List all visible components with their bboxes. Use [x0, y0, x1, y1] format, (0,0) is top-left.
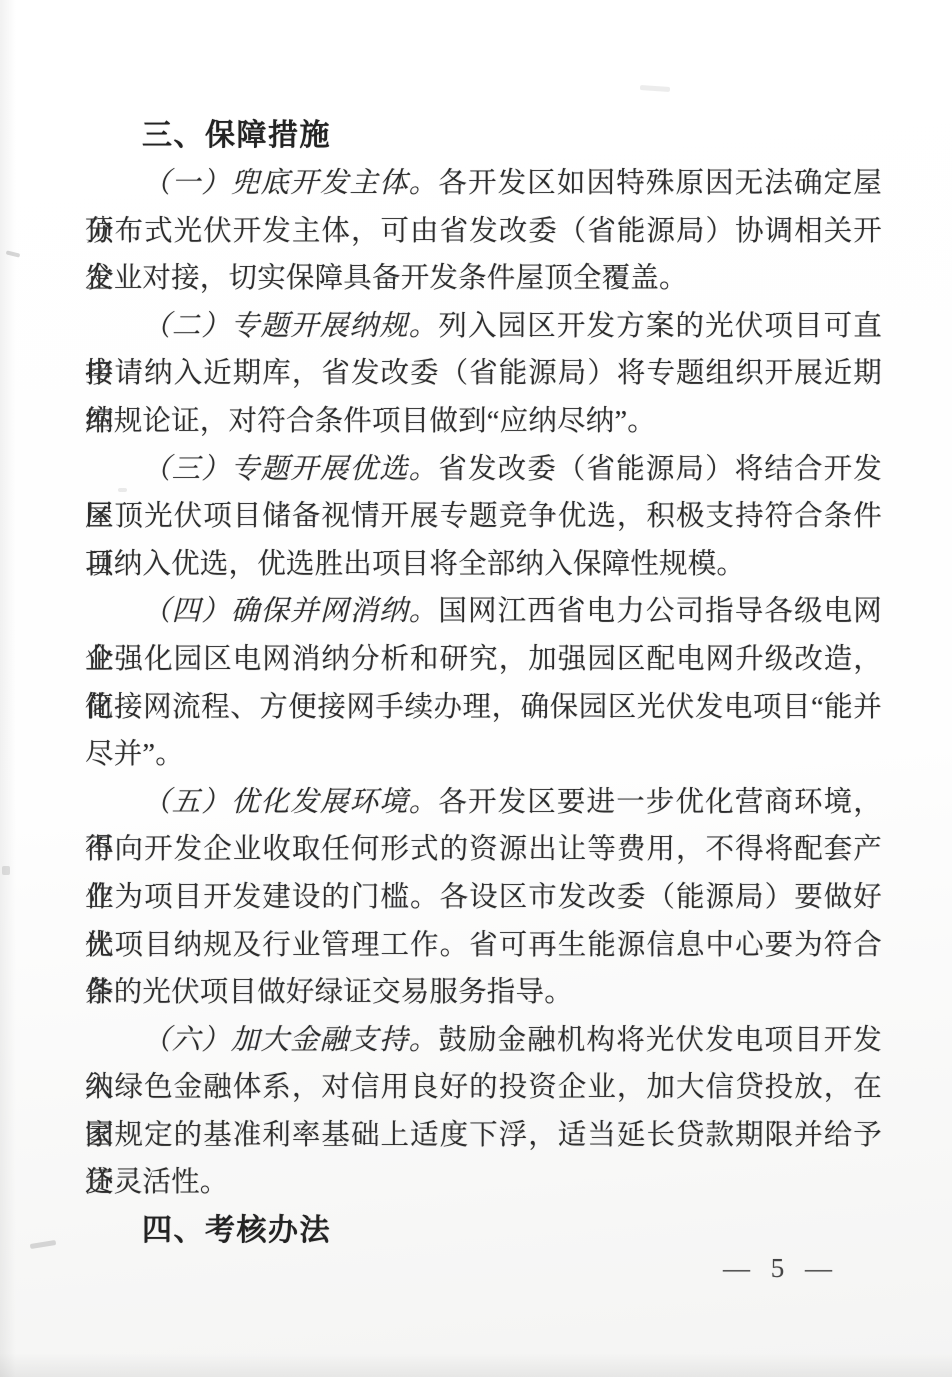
paragraph-1: （一）兜底开发主体。各开发区如因特殊原因无法确定屋顶 分布式光伏开发主体，可由省…	[85, 160, 882, 303]
paragraph-lead: （三）专题开展优选。	[142, 454, 438, 485]
paragraph-5: （五）优化发展环境。各开发区要进一步优化营商环境，不 得向开发企业收取任何形式的…	[85, 779, 882, 1017]
paragraph-4: （四）确保并网消纳。国网江西省电力公司指导各级电网企 业强化园区电网消纳分析和研…	[85, 588, 882, 778]
paragraph-line: 分布式光伏开发主体，可由省发改委（省能源局）协调相关开发	[85, 208, 882, 256]
paragraph-first-line: （一）兜底开发主体。各开发区如因特殊原因无法确定屋顶	[85, 160, 882, 208]
section-heading-safeguard-measures: 三、保障措施	[85, 112, 882, 160]
paragraph-lead: （五）优化发展环境。	[142, 787, 438, 818]
paragraph-line: 得向开发企业收取任何形式的资源出让等费用，不得将配套产业	[85, 826, 882, 874]
page-number: — 5 —	[723, 1253, 834, 1284]
paragraph-line: 化接网流程、方便接网手续办理，确保园区光伏发电项目“能并	[85, 684, 882, 732]
paragraph-line: 目纳入优选，优选胜出项目将全部纳入保障性规模。	[85, 541, 882, 589]
paragraph-6: （六）加大金融支持。鼓励金融机构将光伏发电项目开发纳 入绿色金融体系，对信用良好…	[85, 1017, 882, 1207]
paragraph-line: 业强化园区电网消纳分析和研究，加强园区配电网升级改造，简	[85, 636, 882, 684]
paragraph-line: 作为项目开发建设的门槛。各设区市发改委（能源局）要做好光	[85, 874, 882, 922]
paragraph-line: 伏项目纳规及行业管理工作。省可再生能源信息中心要为符合条	[85, 922, 882, 970]
paragraph-first-line: （四）确保并网消纳。国网江西省电力公司指导各级电网企	[85, 588, 882, 636]
scan-edge-shadow-left	[0, 0, 16, 1377]
paragraph-lead: （六）加大金融支持。	[142, 1025, 438, 1056]
paragraph-lead: （四）确保并网消纳。	[142, 596, 438, 627]
document-body: 三、保障措施 （一）兜底开发主体。各开发区如因特殊原因无法确定屋顶 分布式光伏开…	[85, 112, 882, 1255]
paragraph-line: 屋顶光伏项目储备视情开展专题竞争优选，积极支持符合条件项	[85, 493, 882, 541]
paragraph-line: 件的光伏项目做好绿证交易服务指导。	[85, 969, 882, 1017]
paragraph-first-line: （五）优化发展环境。各开发区要进一步优化营商环境，不	[85, 779, 882, 827]
paragraph-line: 纳规论证，对符合条件项目做到“应纳尽纳”。	[85, 398, 882, 446]
paragraph-line: 家规定的基准利率基础上适度下浮，适当延长贷款期限并给予还	[85, 1112, 882, 1160]
paragraph-first-line: （三）专题开展优选。省发改委（省能源局）将结合开发区	[85, 446, 882, 494]
scan-artifact	[2, 866, 10, 875]
paragraph-line: 申请纳入近期库，省发改委（省能源局）将专题组织开展近期库	[85, 350, 882, 398]
paragraph-first-line: （二）专题开展纳规。列入园区开发方案的光伏项目可直接	[85, 303, 882, 351]
paragraph-line: 企业对接，切实保障具备开发条件屋顶全覆盖。	[85, 255, 882, 303]
paragraph-3: （三）专题开展优选。省发改委（省能源局）将结合开发区 屋顶光伏项目储备视情开展专…	[85, 446, 882, 589]
paragraph-line: 贷灵活性。	[85, 1159, 882, 1207]
paragraph-line: 入绿色金融体系，对信用良好的投资企业，加大信贷投放，在国	[85, 1064, 882, 1112]
paragraph-2: （二）专题开展纳规。列入园区开发方案的光伏项目可直接 申请纳入近期库，省发改委（…	[85, 303, 882, 446]
paragraph-first-line: （六）加大金融支持。鼓励金融机构将光伏发电项目开发纳	[85, 1017, 882, 1065]
paragraph-line: 尽并”。	[85, 731, 882, 779]
scan-edge-shadow-bottom	[0, 1353, 952, 1377]
paragraph-lead: （一）兜底开发主体。	[142, 168, 438, 199]
paragraph-lead: （二）专题开展纳规。	[142, 311, 438, 342]
section-heading-assessment-measures: 四、考核办法	[85, 1207, 882, 1255]
